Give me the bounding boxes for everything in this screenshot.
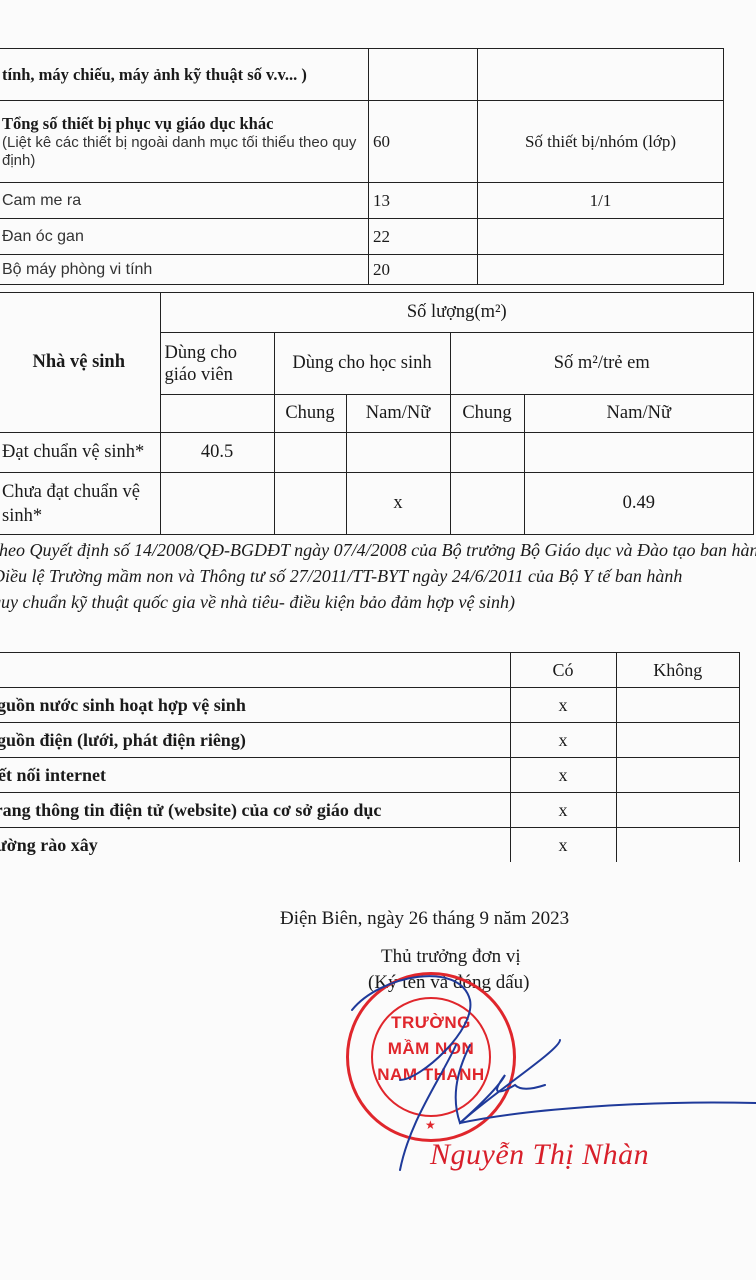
utilities-header-label [0,653,510,688]
table-row: Nhà vệ sinh Số lượng(m²) [0,293,754,333]
per-child-gender-value: 0.49 [524,473,754,535]
equipment-table: tính, máy chiếu, máy ảnh kỹ thuật số v.v… [0,48,724,285]
equipment-per-group [478,49,724,101]
utility-yes-mark: x [510,793,616,828]
utility-yes-mark: x [510,688,616,723]
table-row: Tường rào xây x [0,828,740,863]
student-common-value [274,433,346,473]
no-column-header: Không [616,653,740,688]
teacher-value: 40.5 [160,433,274,473]
signer-name: Nguyễn Thị Nhàn [430,1138,649,1172]
row-label: Đạt chuẩn vệ sinh* [0,433,160,473]
utility-label: Trang thông tin điện tử (website) của cơ… [0,793,510,828]
table-row: Kết nối internet x [0,758,740,793]
utility-label: Nguồn điện (lưới, phát điện riêng) [0,723,510,758]
sub-header-common: Chung [274,395,346,433]
teacher-value [160,473,274,535]
table-row: Cam me ra 13 1/1 [0,183,724,219]
equipment-count: 20 [369,255,478,285]
equipment-per-group: Số thiết bị/nhóm (lớp) [478,101,724,183]
utility-no-mark [616,828,740,863]
equipment-count: 60 [369,101,478,183]
per-child-col-header: Số m²/trẻ em [450,333,754,395]
utilities-table: Có Không Nguồn nước sinh hoạt hợp vệ sin… [0,652,740,862]
group-title: Số lượng(m²) [160,293,754,333]
student-gender-value [346,433,450,473]
yes-column-header: Có [510,653,616,688]
student-col-header: Dùng cho học sinh [274,333,450,395]
equipment-label: Cam me ra [0,183,369,219]
official-stamp: TRƯỜNG MẦM NON NAM THANH ★ [346,972,516,1142]
equipment-count [369,49,478,101]
table-row: Nguồn điện (lưới, phát điện riêng) x [0,723,740,758]
equipment-label: tính, máy chiếu, máy ảnh kỹ thuật số v.v… [0,49,369,101]
utility-no-mark [616,793,740,828]
footnote-line: quy chuẩn kỹ thuật quốc gia về nhà tiêu-… [0,592,515,613]
utility-label: Kết nối internet [0,758,510,793]
table-row: Bộ máy phòng vi tính 20 [0,255,724,285]
place-date: Điện Biên, ngày 26 tháng 9 năm 2023 [280,908,569,930]
equipment-per-group [478,219,724,255]
row-label: Chưa đạt chuẩn vệ sinh* [0,473,160,535]
utility-yes-mark: x [510,828,616,863]
footnote-line: (*Theo Quyết định số 14/2008/QĐ-BGDĐT ng… [0,540,756,561]
student-common-value [274,473,346,535]
table-row: Đạt chuẩn vệ sinh* 40.5 [0,433,754,473]
row-header: Nhà vệ sinh [0,293,160,433]
table-row: Nguồn nước sinh hoạt hợp vệ sinh x [0,688,740,723]
sub-header-common: Chung [450,395,524,433]
utility-label: Nguồn nước sinh hoạt hợp vệ sinh [0,688,510,723]
footnote-line: Điều lệ Trường mầm non và Thông tư số 27… [0,566,682,587]
equipment-count: 22 [369,219,478,255]
utility-label: Tường rào xây [0,828,510,863]
table-row: Chưa đạt chuẩn vệ sinh* x 0.49 [0,473,754,535]
equipment-label: Đan óc gan [0,219,369,255]
table-row: Đan óc gan 22 [0,219,724,255]
sub-header-gender: Nam/Nữ [346,395,450,433]
utility-yes-mark: x [510,758,616,793]
teacher-col-header: Dùng cho giáo viên [160,333,274,395]
equipment-label-cell: Tổng số thiết bị phục vụ giáo dục khác (… [0,101,369,183]
utility-yes-mark: x [510,723,616,758]
teacher-sub-empty [160,395,274,433]
per-child-common-value [450,433,524,473]
equipment-sublabel: (Liệt kê các thiết bị ngoài danh mục tối… [2,134,364,170]
per-child-common-value [450,473,524,535]
sanitation-table: Nhà vệ sinh Số lượng(m²) Dùng cho giáo v… [0,292,754,535]
per-child-gender-value [524,433,754,473]
signer-title: Thủ trưởng đơn vị [381,946,521,968]
equipment-label: Bộ máy phòng vi tính [0,255,369,285]
equipment-per-group: 1/1 [478,183,724,219]
equipment-per-group [478,255,724,285]
utility-no-mark [616,723,740,758]
utility-no-mark [616,688,740,723]
equipment-label: Tổng số thiết bị phục vụ giáo dục khác [2,114,364,134]
utility-no-mark [616,758,740,793]
equipment-count: 13 [369,183,478,219]
student-gender-value: x [346,473,450,535]
stamp-line: NAM THANH [349,1065,513,1085]
stamp-line: MẦM NON [349,1039,513,1059]
table-row: tính, máy chiếu, máy ảnh kỹ thuật số v.v… [0,49,724,101]
table-row: Trang thông tin điện tử (website) của cơ… [0,793,740,828]
sub-header-gender: Nam/Nữ [524,395,754,433]
table-row: Tổng số thiết bị phục vụ giáo dục khác (… [0,101,724,183]
star-icon: ★ [425,1118,436,1133]
stamp-line: TRƯỜNG [349,1013,513,1033]
table-row: Có Không [0,653,740,688]
